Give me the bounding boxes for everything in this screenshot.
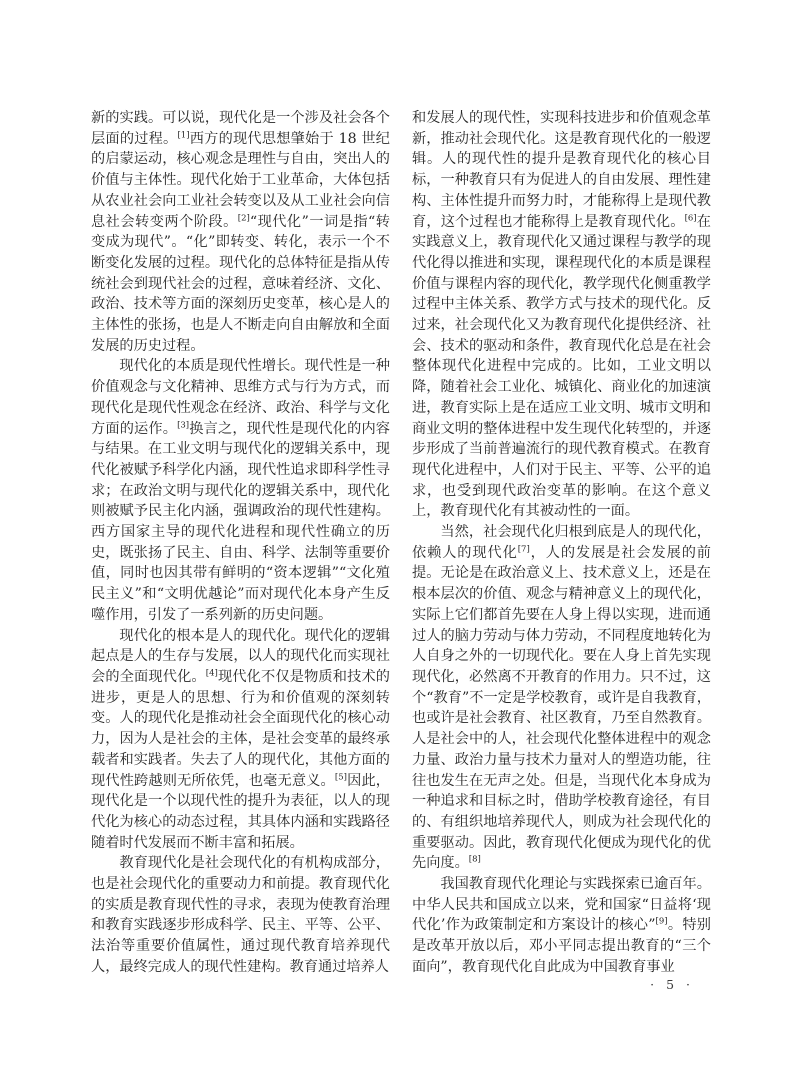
document-page: 新的实践。可以说，现代化是一个涉及社会各个层面的过程。[1]西方的现代思想肇始于… (0, 0, 800, 1077)
paragraph: 我国教育现代化理论与实践探索已逾百年。中华人民共和国成立以来，党和国家“日益将‘… (412, 874, 711, 978)
paragraph: 现代化的根本是人的现代化。现代化的逻辑起点是人的生存与发展，以人的现代化而实现社… (91, 626, 390, 854)
footnote-marker: [3] (177, 420, 189, 430)
footnote-marker: [1] (177, 130, 189, 140)
right-column: 和发展人的现代性，实现科技进步和价值观念革新，推动社会现代化。这是教育现代化的一… (412, 108, 711, 978)
footnote-marker: [6] (685, 213, 697, 223)
footnote-marker: [5] (335, 772, 347, 782)
paragraph: 新的实践。可以说，现代化是一个涉及社会各个层面的过程。[1]西方的现代思想肇始于… (91, 108, 390, 356)
left-column: 新的实践。可以说，现代化是一个涉及社会各个层面的过程。[1]西方的现代思想肇始于… (91, 108, 390, 978)
footnote-marker: [7] (518, 544, 530, 554)
paragraph: 现代化的本质是现代性增长。现代性是一种价值观念与文化精神、思维方式与行为方式，而… (91, 356, 390, 625)
paragraph: 当然，社会现代化归根到底是人的现代化，依赖人的现代化[7]，人的发展是社会发展的… (412, 522, 711, 874)
footnote-marker: [4] (206, 668, 218, 678)
footnote-marker: [9] (656, 917, 668, 927)
page-number: · 5 · (650, 977, 694, 992)
footnote-marker: [8] (469, 855, 481, 865)
footnote-marker: [2] (238, 213, 250, 223)
text-columns: 新的实践。可以说，现代化是一个涉及社会各个层面的过程。[1]西方的现代思想肇始于… (91, 108, 711, 978)
paragraph: 教育现代化是社会现代化的有机构成部分，也是社会现代化的重要动力和前提。教育现代化… (91, 853, 390, 977)
paragraph: 和发展人的现代性，实现科技进步和价值观念革新，推动社会现代化。这是教育现代化的一… (412, 108, 711, 522)
